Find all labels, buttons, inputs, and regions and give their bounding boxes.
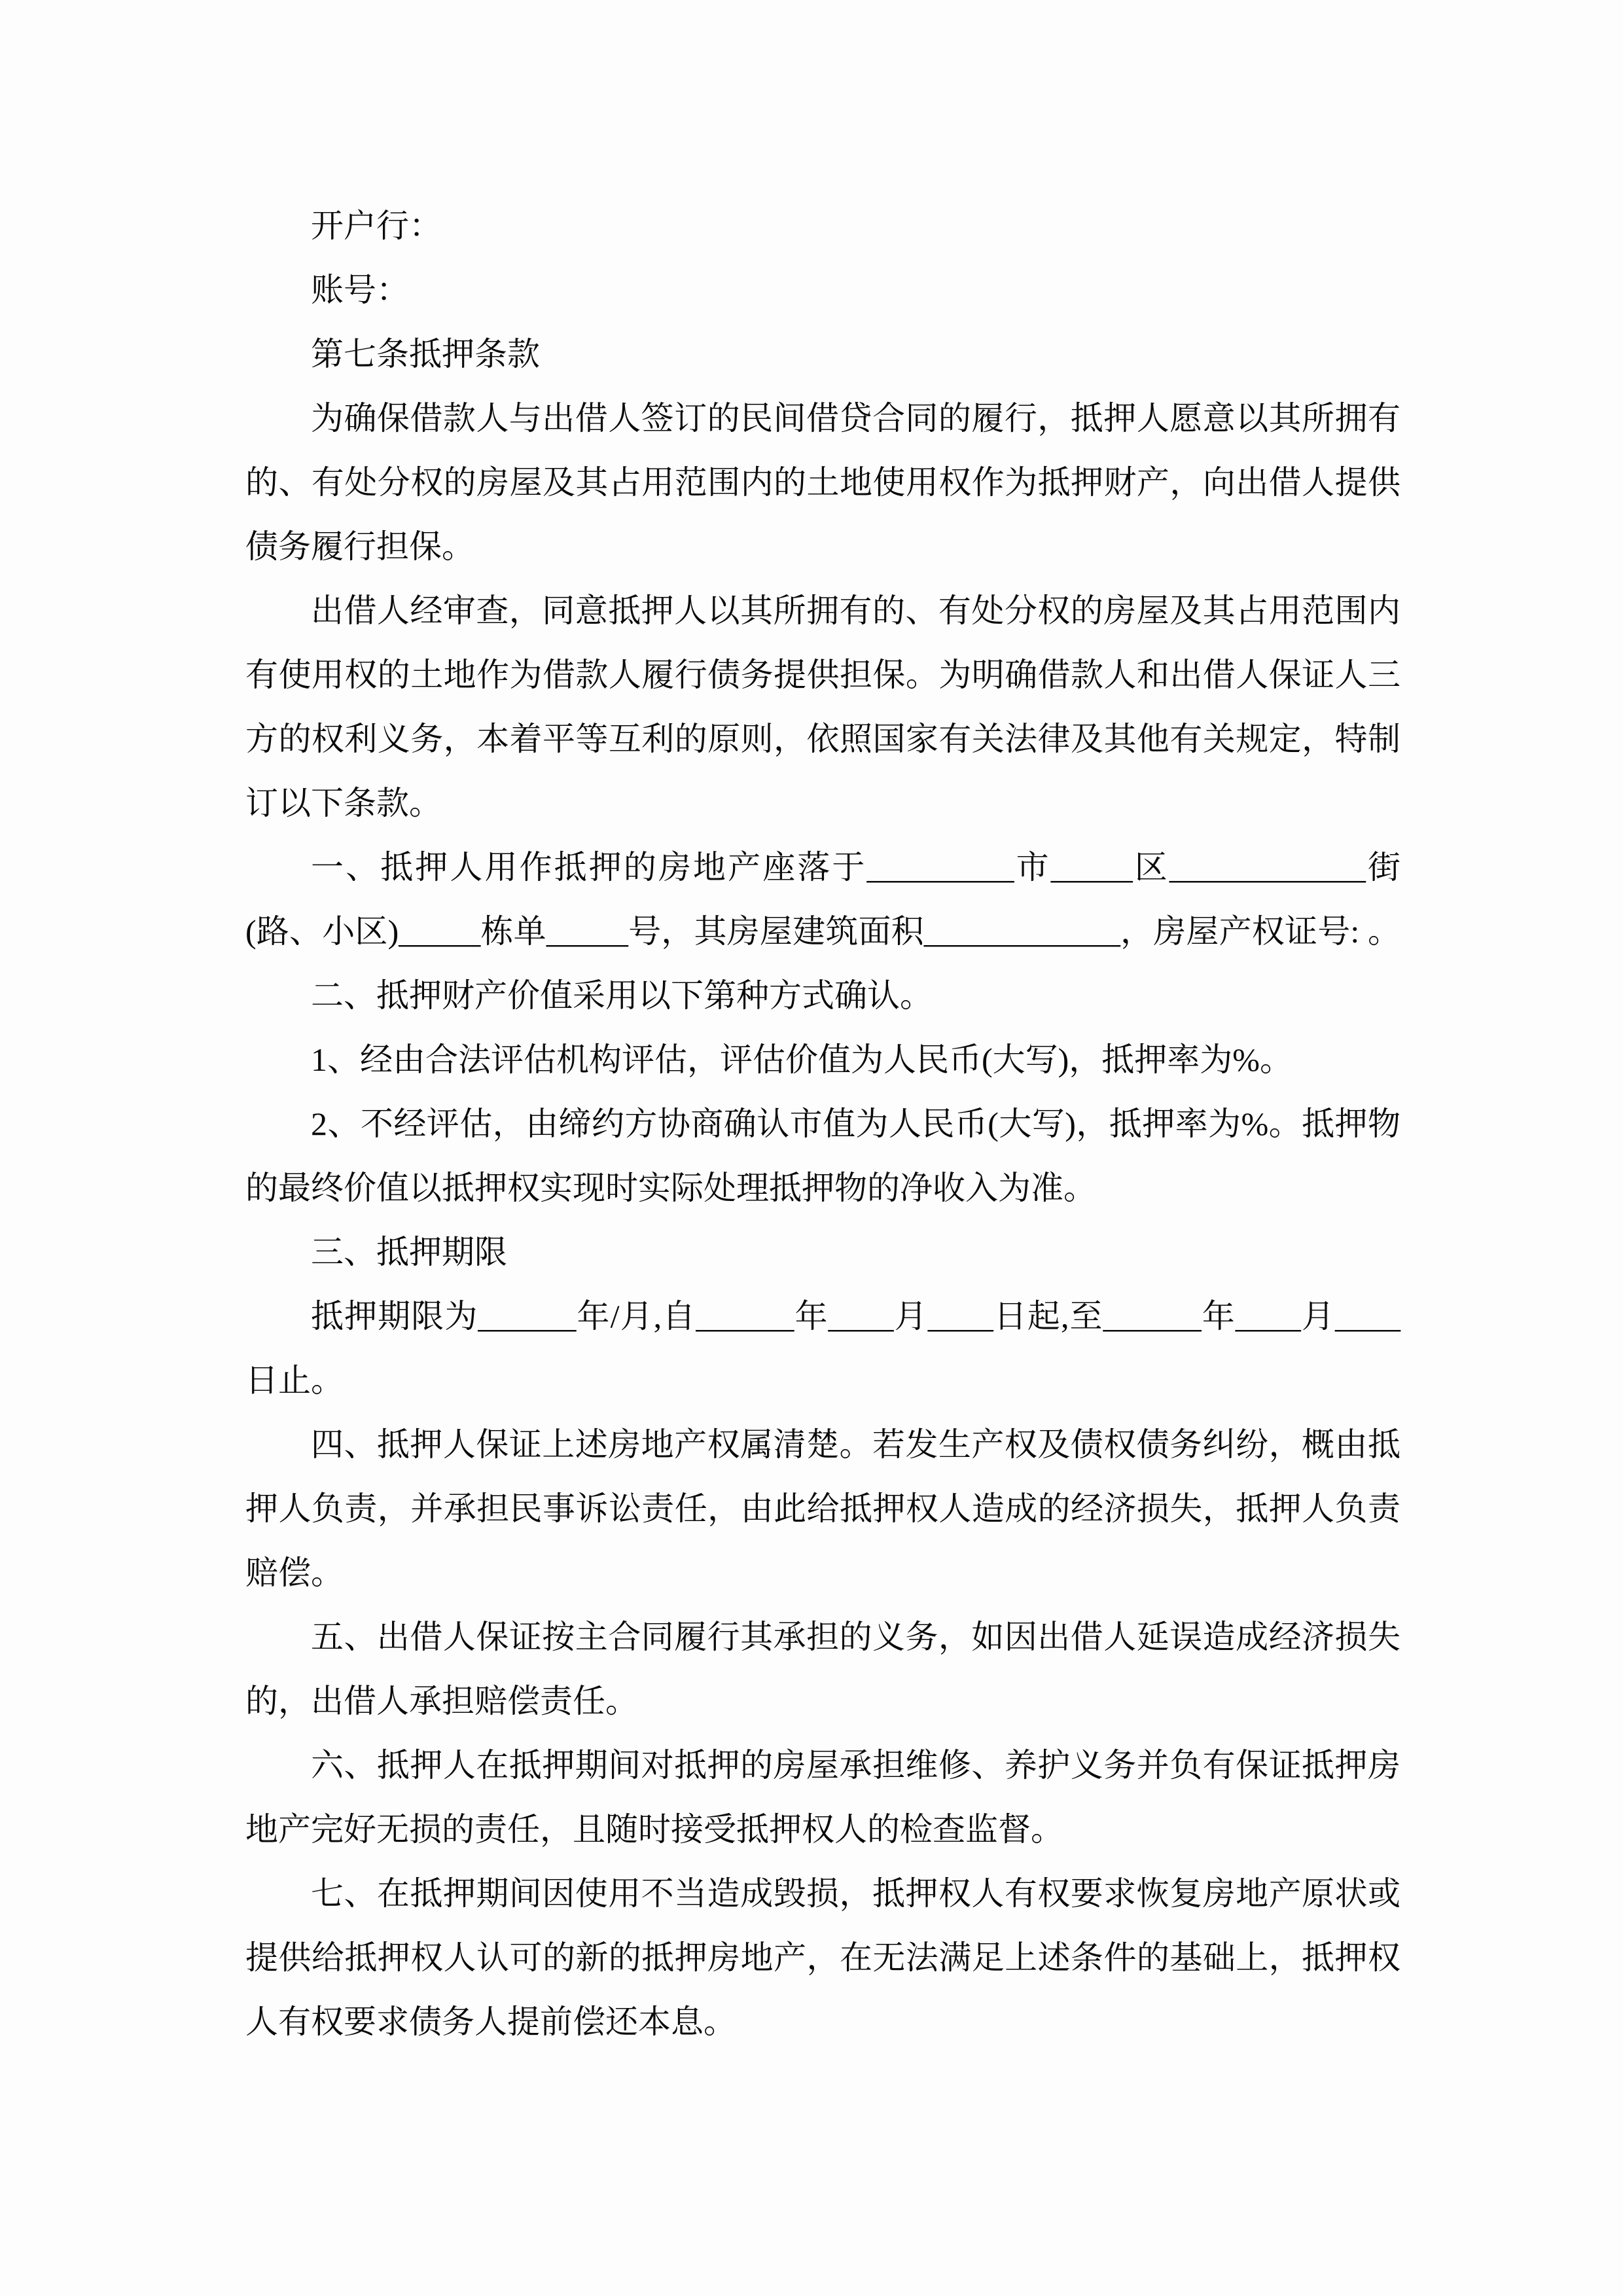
- text-line: 提供给抵押权人认可的新的抵押房地产，在无法满足上述条件的基础上，抵押权: [245, 1926, 1400, 1990]
- text-line: 一、抵押人用作抵押的房地产座落于_________市_____区________…: [245, 835, 1400, 899]
- text-line: 押人负责，并承担民事诉讼责任，由此给抵押权人造成的经济损失，抵押人负责: [245, 1477, 1400, 1541]
- document-page: 开户行： 账号： 第七条抵押条款 为确保借款人与出借人签订的民间借贷合同的履行，…: [0, 0, 1623, 2296]
- text-line: 四、抵押人保证上述房地产权属清楚。若发生产权及债权债务纠纷，概由抵: [245, 1412, 1400, 1477]
- text-line: 二、抵押财产价值采用以下第种方式确认。: [245, 963, 1400, 1028]
- text-line: 五、出借人保证按主合同履行其承担的义务，如因出借人延误造成经济损失: [245, 1605, 1400, 1669]
- text-line: 方的权利义务，本着平等互利的原则，依照国家有关法律及其他有关规定，特制: [245, 707, 1400, 771]
- text-line: 的、有处分权的房屋及其占用范围内的土地使用权作为抵押财产，向出借人提供: [245, 450, 1400, 514]
- text-line: 订以下条款。: [245, 771, 1400, 835]
- text-line: 债务履行担保。: [245, 514, 1400, 579]
- text-line: 地产完好无损的责任，且随时接受抵押权人的检查监督。: [245, 1797, 1400, 1861]
- text-line: 第七条抵押条款: [245, 322, 1400, 386]
- text-line: 1、经由合法评估机构评估，评估价值为人民币(大写)，抵押率为%。: [245, 1028, 1400, 1092]
- text-line: 为确保借款人与出借人签订的民间借贷合同的履行，抵押人愿意以其所拥有: [245, 386, 1400, 450]
- text-line: 三、抵押期限: [245, 1220, 1400, 1284]
- text-line: 的最终价值以抵押权实现时实际处理抵押物的净收入为准。: [245, 1156, 1400, 1220]
- text-line: 有使用权的土地作为借款人履行债务提供担保。为明确借款人和出借人保证人三: [245, 643, 1400, 707]
- text-line: 七、在抵押期间因使用不当造成毁损，抵押权人有权要求恢复房地产原状或: [245, 1861, 1400, 1926]
- text-line: 赔偿。: [245, 1541, 1400, 1605]
- text-line: (路、小区)_____栋单_____号，其房屋建筑面积____________，…: [245, 899, 1400, 963]
- text-line: 人有权要求债务人提前偿还本息。: [245, 1990, 1400, 2054]
- contract-document: 开户行： 账号： 第七条抵押条款 为确保借款人与出借人签订的民间借贷合同的履行，…: [245, 194, 1400, 2054]
- text-line: 六、抵押人在抵押期间对抵押的房屋承担维修、养护义务并负有保证抵押房: [245, 1733, 1400, 1797]
- text-line: 2、不经评估，由缔约方协商确认市值为人民币(大写)，抵押率为%。抵押物: [245, 1092, 1400, 1156]
- text-line: 出借人经审查，同意抵押人以其所拥有的、有处分权的房屋及其占用范围内: [245, 579, 1400, 643]
- text-line: 抵押期限为______年/月,自______年____月____日起,至____…: [245, 1284, 1400, 1348]
- text-line: 的，出借人承担赔偿责任。: [245, 1669, 1400, 1733]
- text-line: 日止。: [245, 1348, 1400, 1412]
- text-line: 开户行：: [245, 194, 1400, 258]
- text-line: 账号：: [245, 258, 1400, 322]
